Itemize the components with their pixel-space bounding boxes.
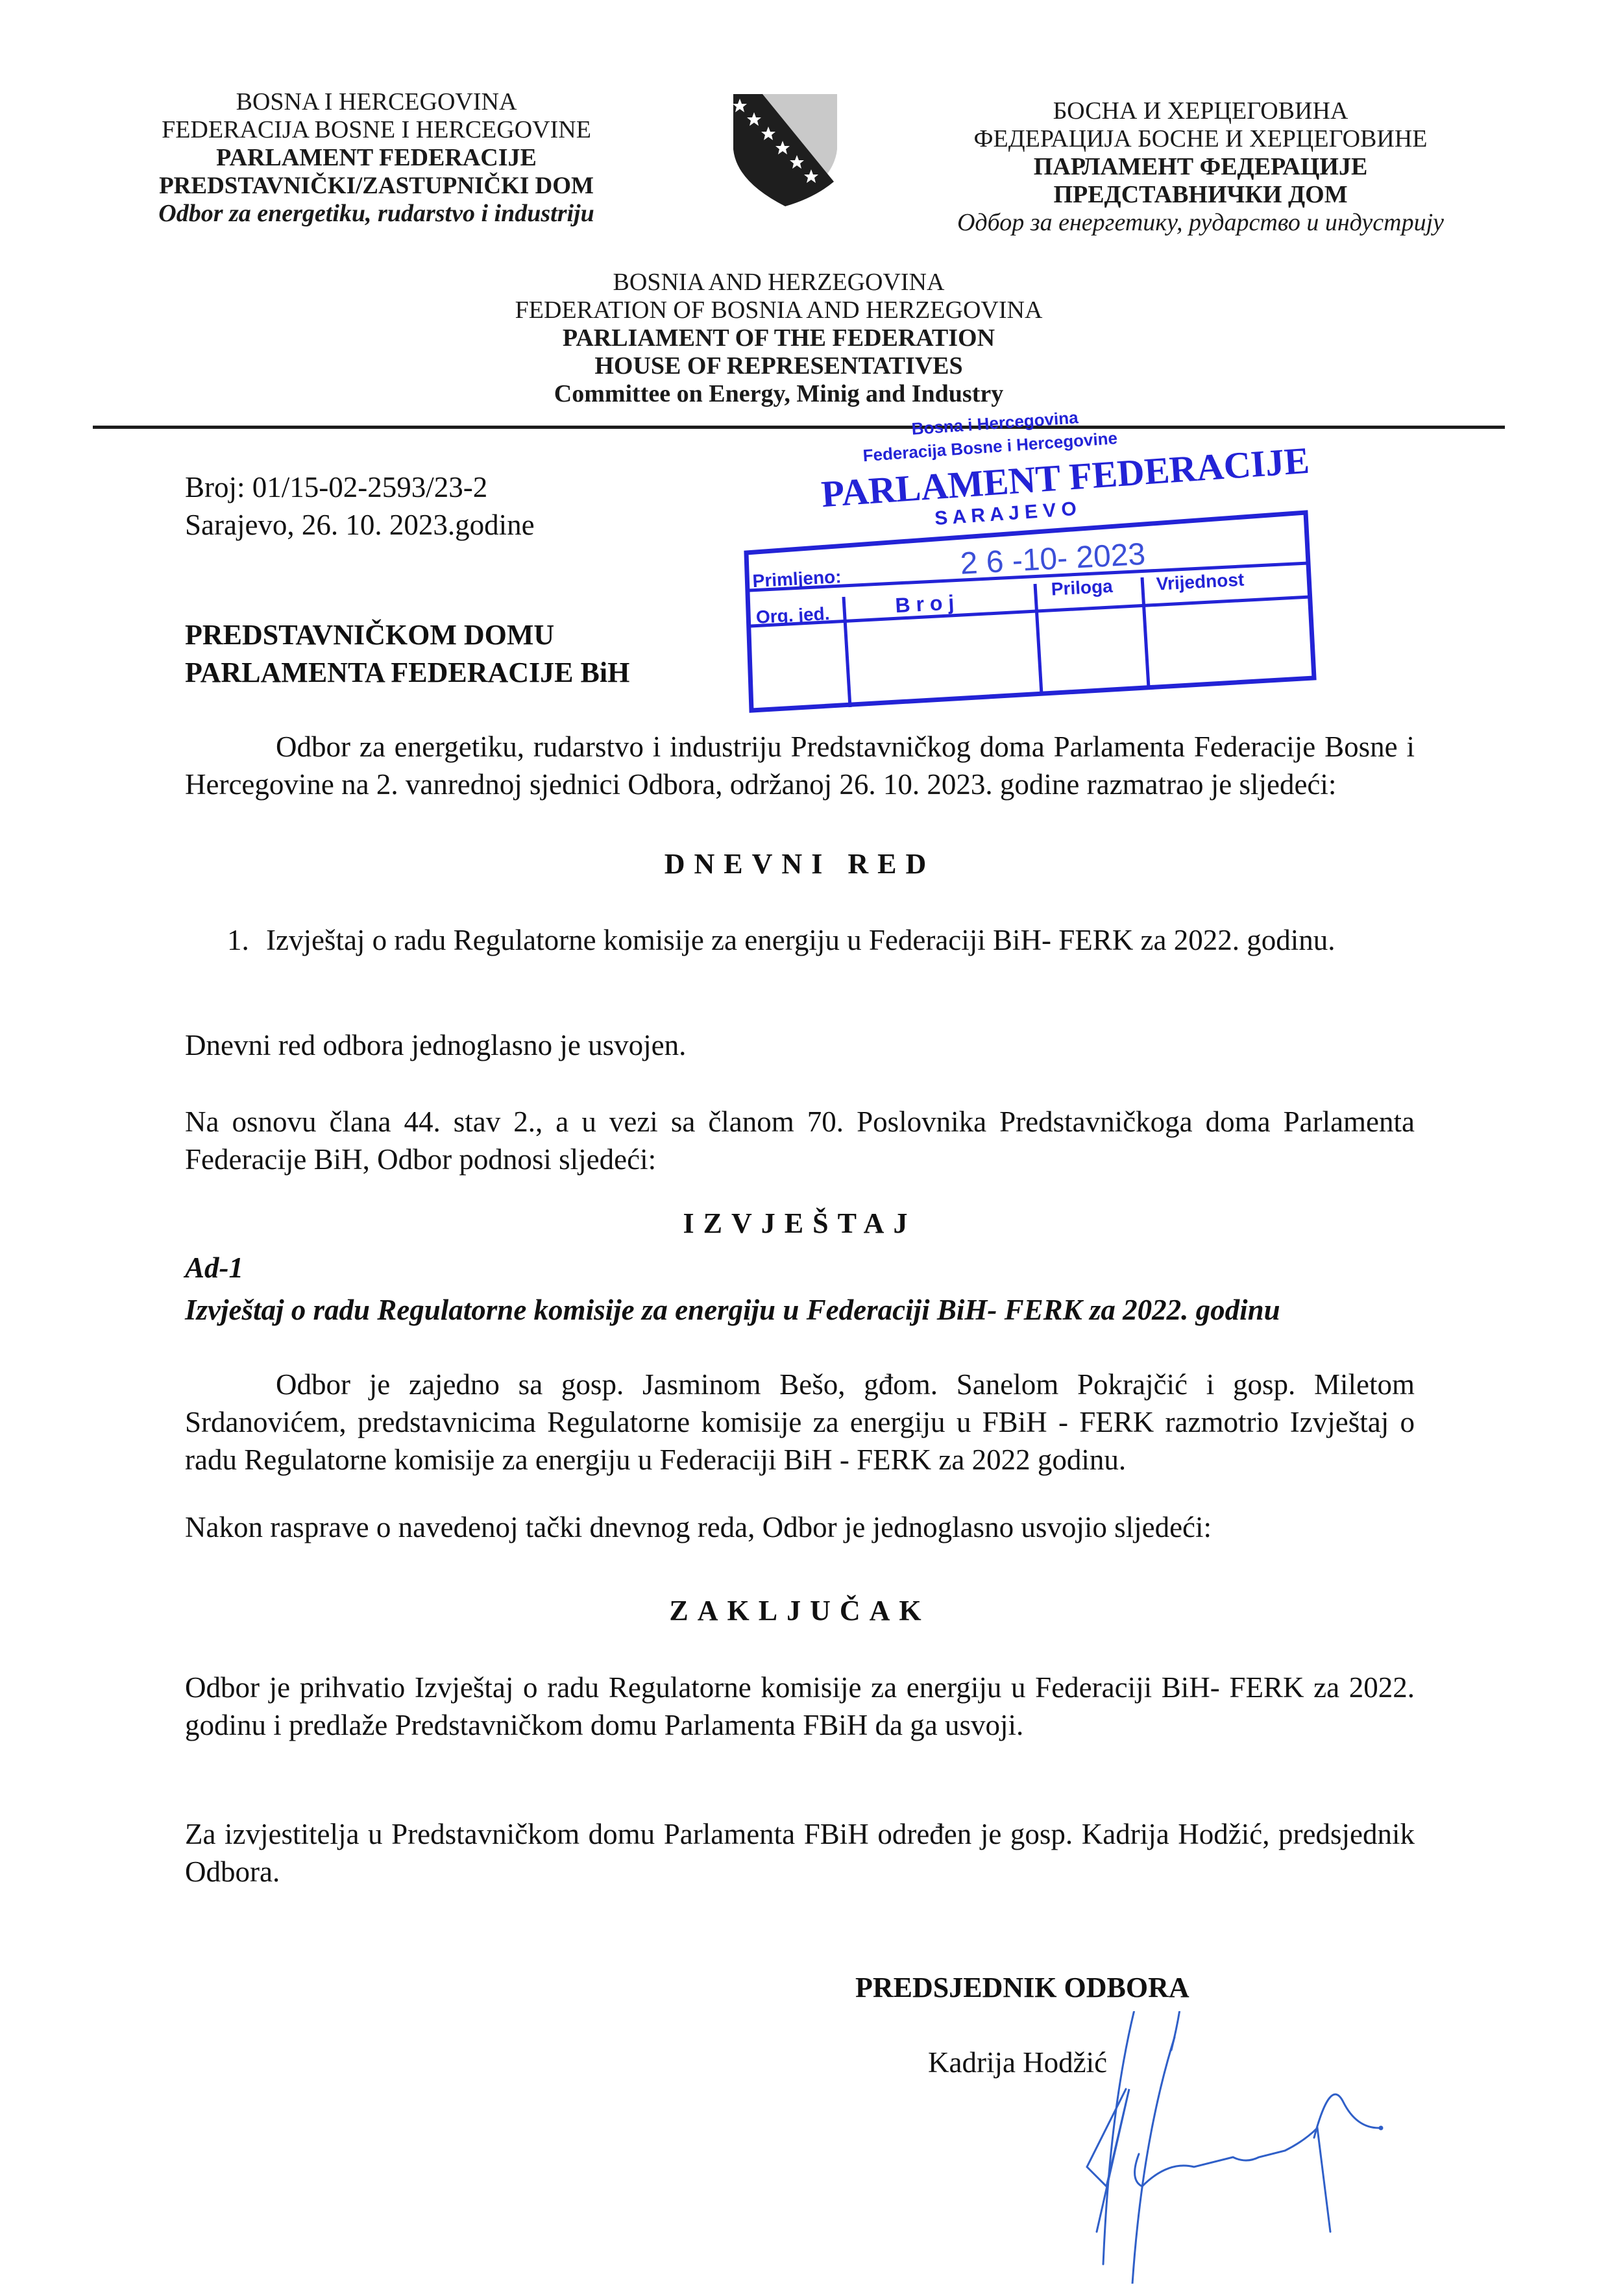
header-house-cyr: ПРЕДСТАВНИЧКИ ДОМ [909,181,1493,209]
header-country: BOSNA I HERCEGOVINA [110,88,642,116]
conclusion-text: Odbor je prihvatio Izvještaj o radu Regu… [185,1669,1415,1744]
report-paragraph-2: Nakon rasprave o navedenoj tački dnevnog… [185,1508,1415,1546]
header-house-en: HOUSE OF REPRESENTATIVES [415,352,1142,380]
stamp-col-broj: B r o j [895,590,955,617]
report-ad: Ad-1 [185,1249,243,1287]
header-committee: Odbor za energetiku, rudarstvo i industr… [110,200,642,228]
header-federation-en: FEDERATION OF BOSNIA AND HERZEGOVINA [415,296,1142,324]
agenda-item: 1. Izvještaj o radu Regulatorne komisije… [227,921,1415,959]
header-parliament: PARLAMENT FEDERACIJE [110,144,642,172]
header-right-cyrillic: БОСНА И ХЕРЦЕГОВИНА ФЕДЕРАЦИЈА БОСНЕ И Х… [909,97,1493,237]
reference-place-date: Sarajevo, 26. 10. 2023.godine [185,506,535,544]
bosnia-coat-of-arms-icon [730,91,840,208]
stamp-col-org: Org. jed. [755,603,830,627]
header-federation: FEDERACIJA BOSNE I HERCEGOVINE [110,116,642,144]
handwritten-signature [1025,2011,1447,2284]
rapporteur-text: Za izvjestitelja u Predstavničkom domu P… [185,1815,1415,1891]
agenda-item-text: Izvještaj o radu Regulatorne komisije za… [266,921,1415,959]
recipient-block: PREDSTAVNIČKOM DOMU PARLAMENTA FEDERACIJ… [185,616,629,692]
report-ad-title: Izvještaj o radu Regulatorne komisije za… [185,1291,1415,1329]
reference-block: Broj: 01/15-02-2593/23-2 Sarajevo, 26. 1… [185,468,535,544]
report-title: IZVJEŠTAJ [185,1207,1415,1240]
header-country-cyr: БОСНА И ХЕРЦЕГОВИНА [909,97,1493,125]
signature-title: PREDSJEDNIK ODBORA [855,1969,1189,2007]
stamp-received-date: 2 6 -10- 2023 [959,537,1146,581]
recipient-line1: PREDSTAVNIČKOM DOMU [185,616,629,654]
legal-basis: Na osnovu člana 44. stav 2., a u vezi sa… [185,1103,1415,1178]
header-center-english: BOSNIA AND HERZEGOVINA FEDERATION OF BOS… [415,269,1142,408]
agenda-title: DNEVNI RED [185,847,1415,880]
stamp-col-priloga: Priloga [1051,576,1114,599]
intro-paragraph: Odbor za energetiku, rudarstvo i industr… [185,728,1415,803]
header-federation-cyr: ФЕДЕРАЦИЈА БОСНЕ И ХЕРЦЕГОВИНЕ [909,125,1493,153]
stamp-col-vrijednost: Vrijednost [1156,570,1245,594]
recipient-line2: PARLAMENTA FEDERACIJE BiH [185,654,629,692]
header-committee-cyr: Одбор за енергетику, рударство и индустр… [909,209,1493,237]
header-left-bosnian: BOSNA I HERCEGOVINA FEDERACIJA BOSNE I H… [110,88,642,228]
header-country-en: BOSNIA AND HERZEGOVINA [415,269,1142,296]
received-stamp: Bosna i Hercegovina Federacija Bosne i H… [727,402,1337,714]
agenda-adopted: Dnevni red odbora jednoglasno je usvojen… [185,1026,1415,1064]
header-parliament-en: PARLIAMENT OF THE FEDERATION [415,324,1142,352]
header-parliament-cyr: ПАРЛАМЕНТ ФЕДЕРАЦИЈЕ [909,153,1493,181]
agenda-item-number: 1. [227,921,266,959]
conclusion-title: ZAKLJUČAK [185,1594,1415,1627]
header-house: PREDSTAVNIČKI/ZASTUPNIČKI DOM [110,172,642,200]
report-paragraph-1: Odbor je zajedno sa gosp. Jasminom Bešo,… [185,1366,1415,1479]
reference-number: Broj: 01/15-02-2593/23-2 [185,468,535,506]
